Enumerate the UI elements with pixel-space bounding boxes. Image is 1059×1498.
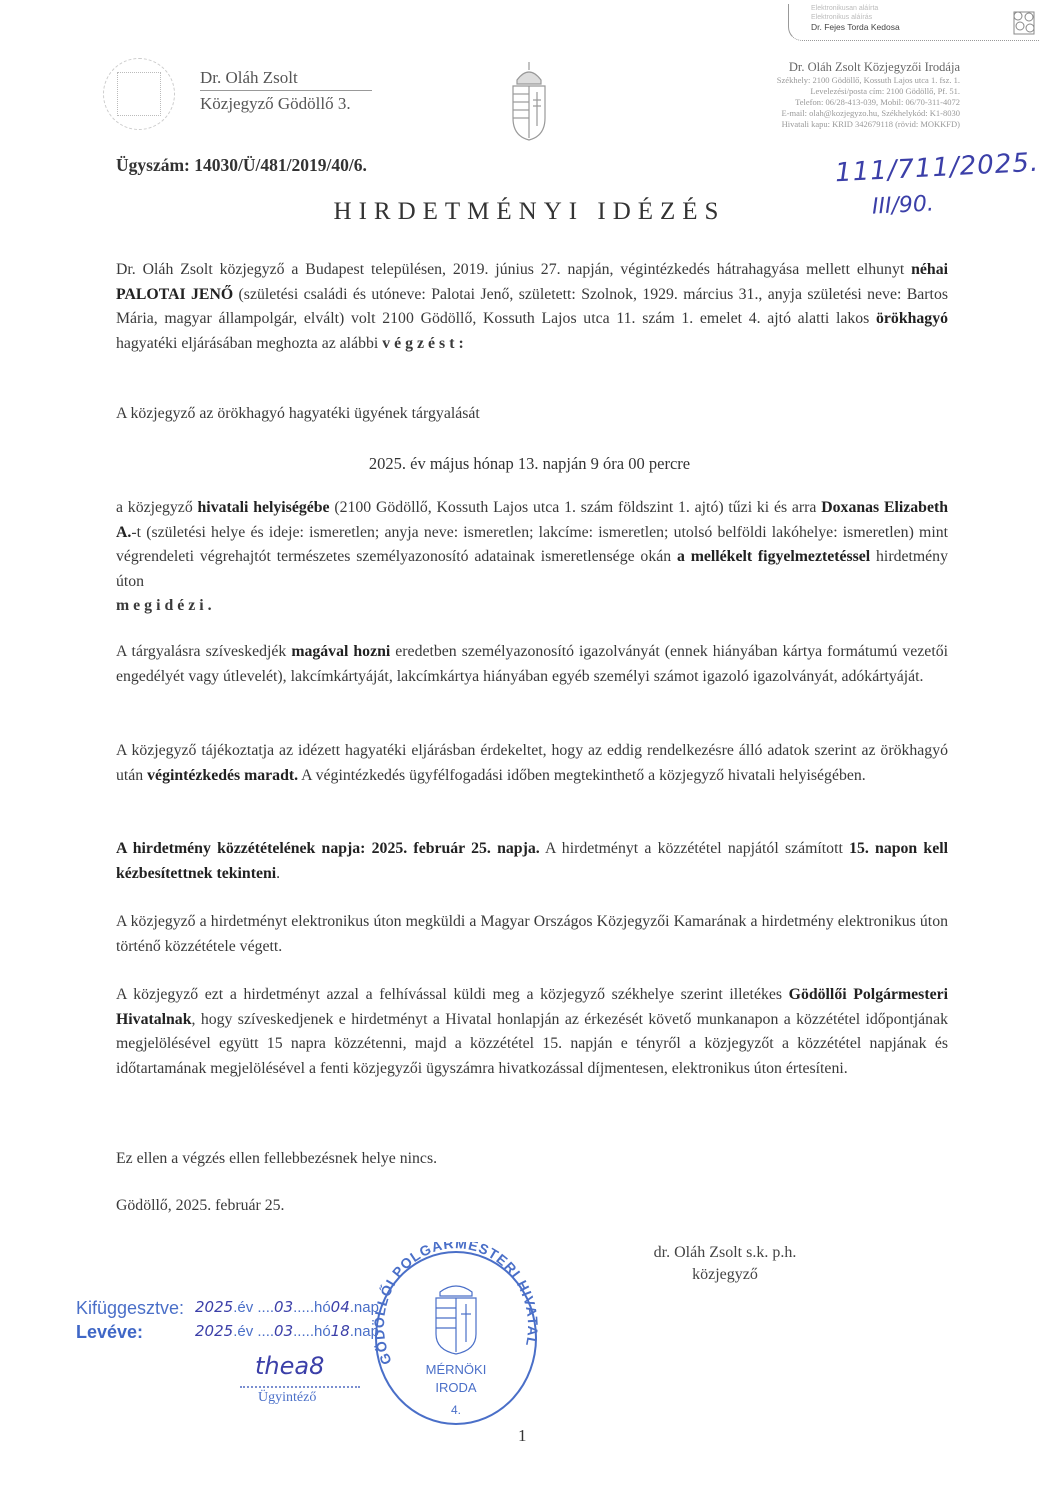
clerk-label: Ügyintéző <box>258 1390 316 1406</box>
esign-line-1: Elektronikusan aláírta <box>811 4 1039 13</box>
text-bold: hivatali helyiségébe <box>198 499 330 516</box>
text: , hogy szíveskedjenek e hirdetményt a Hi… <box>116 1011 948 1077</box>
signature-block: dr. Oláh Zsolt s.k. p.h. közjegyző <box>620 1242 830 1286</box>
text: (2100 Gödöllő, Kossuth Lajos utca 1. szá… <box>330 499 822 516</box>
notary-name: Dr. Oláh Zsolt <box>200 68 298 88</box>
posted-date: 2025.év ....03.....hó04.nap <box>195 1298 379 1316</box>
text: (születési családi és utóneve: Palotai J… <box>116 286 948 328</box>
signer-name: dr. Oláh Zsolt s.k. p.h. <box>620 1242 830 1264</box>
text: A közjegyző ezt a hirdetményt azzal a fe… <box>116 986 789 1003</box>
hearing-date: 2025. év május hónap 13. napján 9 óra 00… <box>0 452 1059 477</box>
text: .hó <box>310 1323 331 1340</box>
text: hagyatéki eljárásában meghozta az alábbi <box>116 335 382 352</box>
mayor-office-stamp-icon: GÖDÖLLŐI POLGÁRMESTERI HIVATAL MÉRNÖKI I… <box>370 1242 540 1427</box>
removed-label: Levéve: <box>76 1322 143 1343</box>
office-title: Dr. Oláh Zsolt Közjegyzői Irodája <box>690 60 960 75</box>
text: Dr. Oláh Zsolt közjegyző a Budapest tele… <box>116 261 911 278</box>
text-bold: a mellékelt figyelmeztetéssel <box>677 548 870 565</box>
svg-text:4.: 4. <box>451 1403 461 1417</box>
text: .év <box>233 1299 253 1316</box>
office-email: E-mail: olah@kozjegyzo.hu, Székhelykód: … <box>690 108 960 119</box>
clerk-signature-line <box>240 1386 360 1388</box>
text-bold: végintézkedés maradt. <box>147 767 298 784</box>
svg-text:MÉRNÖKI: MÉRNÖKI <box>426 1362 487 1377</box>
paragraph-hearing-intro: A közjegyző az örökhagyó hagyatéki ügyén… <box>116 402 948 427</box>
qr-code-icon <box>1011 10 1037 36</box>
text: . <box>276 865 280 882</box>
removed-month: 03 <box>274 1322 293 1340</box>
notary-office-contact: Dr. Oláh Zsolt Közjegyzői Irodája Székhe… <box>690 60 960 130</box>
esign-signer: Dr. Fejes Torda Kedosa <box>811 22 1039 33</box>
paragraph-summons: a közjegyző hivatali helyiségébe (2100 G… <box>116 496 948 619</box>
header-divider <box>200 90 372 91</box>
paragraph-chamber: A közjegyző a hirdetményt elektronikus ú… <box>116 910 948 959</box>
paragraph-will-info: A közjegyző tájékoztatja az idézett hagy… <box>116 739 948 788</box>
place-date: Gödöllő, 2025. február 25. <box>116 1194 948 1219</box>
removed-day: 18 <box>331 1322 350 1340</box>
posted-day: 04 <box>331 1298 350 1316</box>
case-number: Ügyszám: 14030/Ü/481/2019/40/6. <box>116 155 367 176</box>
handwritten-registration-number: 111/711/2025. <box>834 148 1040 189</box>
posted-month: 03 <box>274 1298 293 1316</box>
document-title: HIRDETMÉNYI IDÉZÉS <box>0 198 1059 226</box>
paragraph-publication-date: A hirdetmény közzétételének napja: 2025.… <box>116 837 948 886</box>
publication-date: A hirdetmény közzétételének napja: 2025.… <box>116 840 540 857</box>
paragraph-no-appeal: Ez ellen a végzés ellen fellebbezésnek h… <box>116 1147 948 1172</box>
office-postal-address: Levelezési/posta cím: 2100 Gödöllő, Pf. … <box>690 86 960 97</box>
posted-label: Kifüggesztve: <box>76 1298 184 1319</box>
text: .év <box>233 1323 253 1340</box>
esign-line-2: Elektronikus aláírás <box>811 13 1039 22</box>
office-phone: Telefon: 06/28-413-039, Mobil: 06/70-311… <box>690 97 960 108</box>
svg-text:IRODA: IRODA <box>435 1380 477 1395</box>
text: a közjegyző <box>116 499 198 516</box>
paragraph-documents: A tárgyalásra szíveskedjék magával hozni… <box>116 640 948 689</box>
text: A tárgyalásra szíveskedjék <box>116 643 291 660</box>
text-bold: örökhagyó <box>876 310 948 327</box>
text: A hirdetményt a közzététel napjától szám… <box>540 840 849 857</box>
signer-role: közjegyző <box>620 1264 830 1286</box>
text-spaced: végzést: <box>382 335 468 352</box>
text: .hó <box>310 1299 331 1316</box>
office-address: Székhely: 2100 Gödöllő, Kossuth Lajos ut… <box>690 75 960 86</box>
clerk-signature: thea8 <box>255 1352 324 1380</box>
posted-year: 2025 <box>195 1298 233 1316</box>
paragraph-intro: Dr. Oláh Zsolt közjegyző a Budapest tele… <box>116 258 948 356</box>
hungarian-coat-of-arms-icon <box>503 60 555 142</box>
removed-date: 2025.év ....03.....hó18.nap <box>195 1322 379 1340</box>
text-bold: magával hozni <box>291 643 390 660</box>
notary-seal-inner <box>117 72 161 116</box>
office-gateway: Hivatali kapu: KRID 342679118 (rövid: MO… <box>690 119 960 130</box>
notary-office: Közjegyző Gödöllő 3. <box>200 94 351 114</box>
text: A végintézkedés ügyfélfogadási időben me… <box>298 767 866 784</box>
page-number: 1 <box>518 1426 527 1446</box>
paragraph-mayor-office: A közjegyző ezt a hirdetményt azzal a fe… <box>116 983 948 1081</box>
text-spaced: megidézi. <box>116 597 216 614</box>
removed-year: 2025 <box>195 1322 233 1340</box>
e-signature-box: Elektronikusan aláírta Elektronikus aláí… <box>788 4 1039 41</box>
